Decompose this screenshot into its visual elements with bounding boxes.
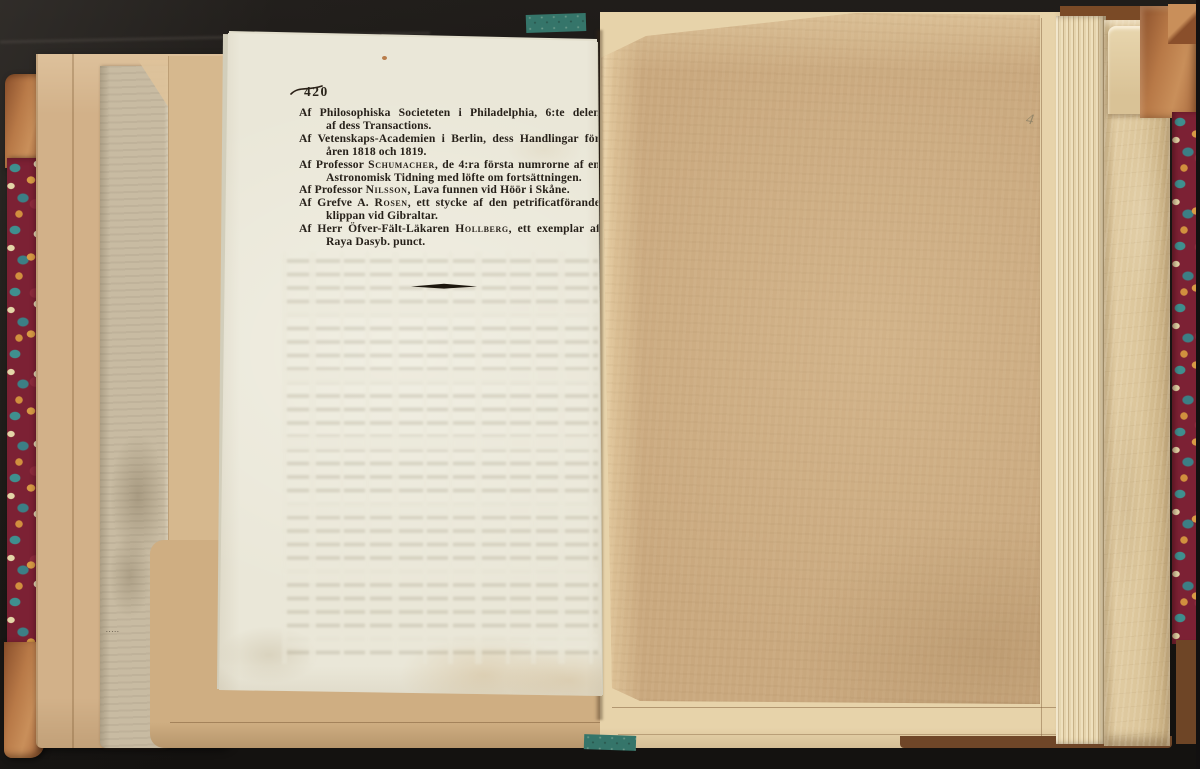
right-cover-marbled-paper [1172, 112, 1198, 644]
right-under-page-vertical-edge [1041, 18, 1042, 740]
print-text: Af Professor [299, 158, 368, 171]
print-text: Af Grefve A. [299, 196, 375, 209]
print-fragment-peek: ..... [106, 626, 132, 633]
print-line: Raya Dasyb. punct. [299, 236, 600, 249]
print-text: åren 1818 och 1819. [326, 145, 427, 158]
print-text: , ett stycke af den petrificatförande [408, 196, 600, 209]
right-edge-shadow [1196, 0, 1200, 769]
print-text: Raya Dasyb. punct. [326, 235, 425, 248]
spine-cloth-bottom [584, 734, 636, 751]
print-text: , de 4:ra första numrorne af en [435, 158, 600, 171]
under-leaf-edge-line [170, 722, 600, 723]
print-name-smallcaps: Nilsson [366, 183, 408, 196]
print-text: , ett exemplar af [509, 222, 600, 235]
right-blank-page [600, 12, 1042, 708]
right-under-page-edge-line [612, 707, 1064, 708]
fore-edge-page-stack [1056, 16, 1106, 744]
printed-page: 420 Af Philosophiska Societeten i Philad… [214, 30, 606, 696]
printed-text-block: Af Philosophiska Societeten i Philadelph… [299, 107, 600, 249]
print-text: Af Professor [299, 183, 366, 196]
spine-cloth-top [526, 13, 587, 33]
print-text: Af Philosophiska Societeten i Philadelph… [299, 106, 600, 119]
print-text: klippan vid Gibraltar. [326, 209, 438, 222]
tissue-guard-paper [1104, 20, 1170, 746]
showthrough-texture [282, 252, 598, 664]
section-divider-rule [411, 283, 477, 290]
print-text: Af Herr Öfver-Fält-Läkaren [299, 222, 455, 235]
tissue-crumple-texture [1104, 20, 1170, 746]
print-name-smallcaps: Hollberg [455, 222, 508, 235]
foxing-spot [382, 56, 387, 60]
right-under-page-edge-line-2 [618, 734, 1064, 735]
page-number: 420 [304, 84, 329, 100]
print-text: Astronomisk Tidning med löfte om fortsät… [326, 171, 582, 184]
print-text: af dess Transactions. [326, 119, 431, 132]
book-photo-stage: ..... 4 420 Af Philosophiska Societeten … [0, 0, 1200, 769]
print-text: Af Vetenskaps-Academien i Berlin, dess H… [299, 132, 600, 145]
print-name-smallcaps: Rosen [375, 196, 408, 209]
print-name-smallcaps: Schumacher [368, 158, 435, 171]
print-text: , Lava funnen vid Höör i Skåne. [407, 183, 569, 196]
showthrough-word-gaps [282, 252, 598, 664]
